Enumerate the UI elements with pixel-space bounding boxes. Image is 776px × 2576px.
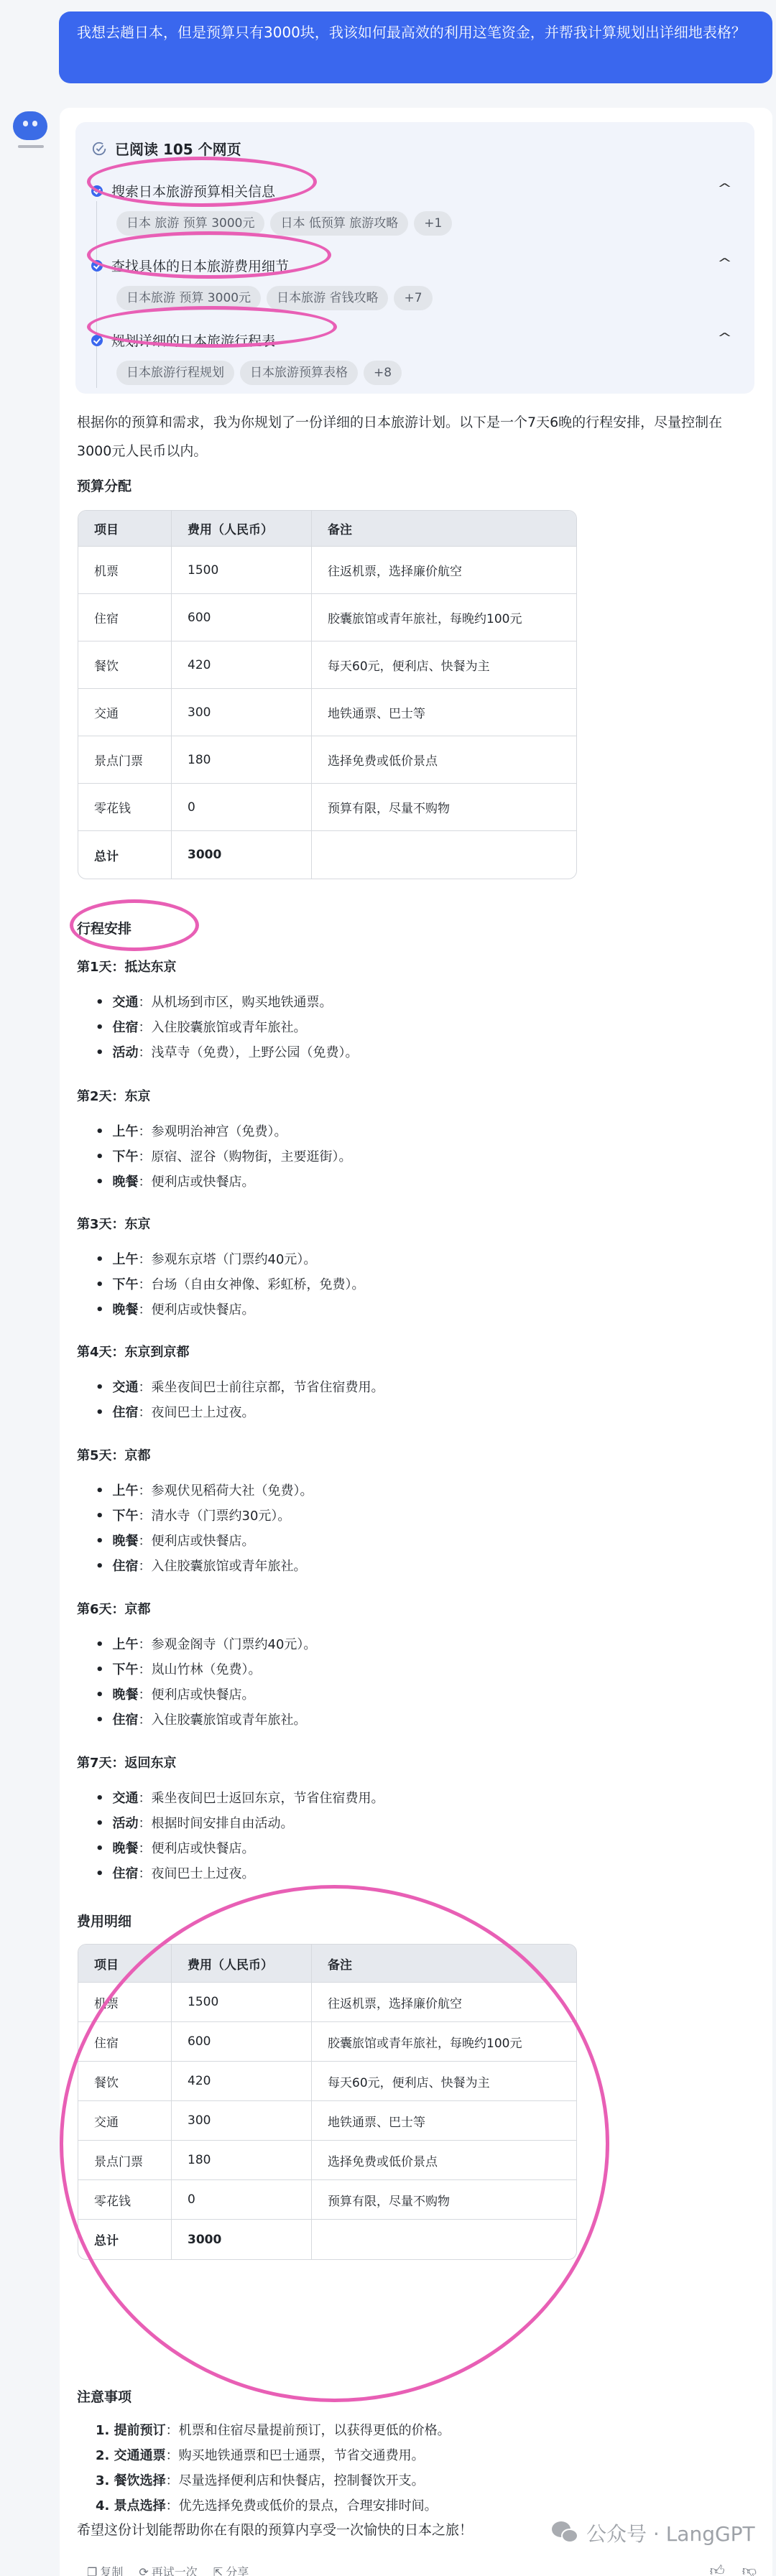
day-title: 第5天：京都 — [77, 1445, 151, 1464]
search-tag[interactable]: 日本旅游预算表格 — [240, 361, 358, 385]
cell: 选择免费或低价景点 — [312, 2141, 576, 2180]
day-title: 第1天：抵达东京 — [77, 957, 177, 976]
step-label: 查找具体的日本旅游费用细节 — [111, 256, 289, 275]
list-item: 上午：参观明治神宫（免费）。 — [96, 1119, 352, 1144]
list-item: 下午：台场（自由女神像、彩虹桥，免费）。 — [96, 1272, 365, 1297]
chevron-up-icon[interactable]: ^ — [717, 181, 732, 196]
table-row: 零花钱0预算有限，尽量不购物 — [78, 2180, 576, 2220]
list-item: 上午：参观伏见稻荷大社（免费）。 — [96, 1478, 313, 1504]
table-header-row: 项目 费用（人民币） 备注 — [78, 1945, 576, 1983]
list-item: 晚餐：便利店或快餐店。 — [96, 1169, 352, 1195]
more-tags-badge[interactable]: +8 — [364, 361, 402, 385]
day-title: 第3天：东京 — [77, 1214, 151, 1233]
day-items: 交通：乘坐夜间巴士前往京都，节省住宿费用。 住宿：夜间巴士上过夜。 — [96, 1375, 384, 1425]
search-tags: 日本旅游行程规划 日本旅游预算表格 +8 — [116, 361, 402, 385]
copy-icon: ❐ — [87, 2565, 97, 2576]
cell: 180 — [172, 2141, 312, 2180]
column-header: 费用（人民币） — [172, 511, 312, 547]
retry-button[interactable]: ⟳再试一次 — [139, 2563, 197, 2576]
watermark: 公众号 · LangGPT — [552, 2519, 755, 2547]
day-items: 交通：乘坐夜间巴士返回东京，节省住宿费用。 活动：根据时间安排自由活动。 晚餐：… — [96, 1786, 384, 1886]
list-item: 住宿：入住胶囊旅馆或青年旅社。 — [96, 1554, 313, 1579]
day-items: 交通：从机场到市区，购买地铁通票。 住宿：入住胶囊旅馆或青年旅社。 活动：浅草寺… — [96, 990, 359, 1065]
reading-summary[interactable]: 已阅读 105 个网页 — [92, 138, 241, 159]
assistant-answer-card: 已阅读 105 个网页 搜索日本旅游预算相关信息 ^ 日本 旅游 预算 3000… — [60, 108, 772, 2576]
cell: 零花钱 — [78, 784, 172, 831]
cell: 住宿 — [78, 2022, 172, 2062]
table-row: 交通300地铁通票、巴士等 — [78, 689, 576, 736]
cell: 往返机票，选择廉价航空 — [312, 547, 576, 594]
table-row: 机票1500往返机票，选择廉价航空 — [78, 547, 576, 594]
steps-connector-line — [96, 201, 97, 388]
cell: 300 — [172, 689, 312, 736]
list-item: 下午：原宿、涩谷（购物街，主要逛街）。 — [96, 1144, 352, 1169]
cost-table: 项目 费用（人民币） 备注 机票1500往返机票，选择廉价航空 住宿600胶囊旅… — [78, 1944, 577, 2260]
cell: 预算有限，尽量不购物 — [312, 784, 576, 831]
list-item: 晚餐：便利店或快餐店。 — [96, 1529, 313, 1554]
list-item: 交通：乘坐夜间巴士前往京都，节省住宿费用。 — [96, 1375, 384, 1400]
list-item: 上午：参观东京塔（门票约40元）。 — [96, 1247, 365, 1272]
column-header: 备注 — [312, 1945, 576, 1983]
search-tag[interactable]: 日本 低预算 旅游攻略 — [270, 211, 408, 236]
cell: 选择免费或低价景点 — [312, 736, 576, 784]
cell: 往返机票，选择廉价航空 — [312, 1983, 576, 2022]
table-row: 零花钱0预算有限，尽量不购物 — [78, 784, 576, 831]
cell: 420 — [172, 2062, 312, 2101]
web-reading-panel: 已阅读 105 个网页 搜索日本旅游预算相关信息 ^ 日本 旅游 预算 3000… — [75, 122, 754, 394]
table-row: 餐饮420每天60元，便利店、快餐为主 — [78, 2062, 576, 2101]
more-tags-badge[interactable]: +7 — [394, 286, 432, 310]
cell: 600 — [172, 594, 312, 641]
message-actions: ❐复制 ⟳再试一次 ⇱分享 — [87, 2563, 249, 2576]
list-item: 下午：清水寺（门票约30元）。 — [96, 1504, 313, 1529]
cell: 景点门票 — [78, 736, 172, 784]
cell: 地铁通票、巴士等 — [312, 689, 576, 736]
cell: 交通 — [78, 2101, 172, 2141]
cell: 0 — [172, 2180, 312, 2220]
table-row: 机票1500往返机票，选择廉价航空 — [78, 1983, 576, 2022]
thumbs-down-icon[interactable]: 👎︎ — [742, 2562, 757, 2576]
search-step[interactable]: 搜索日本旅游预算相关信息 — [91, 181, 275, 200]
cell: 零花钱 — [78, 2180, 172, 2220]
thumbs-up-icon[interactable]: 👍︎ — [710, 2562, 725, 2576]
copy-button[interactable]: ❐复制 — [87, 2563, 123, 2576]
cell: 预算有限，尽量不购物 — [312, 2180, 576, 2220]
avatar-eye-icon — [23, 121, 28, 126]
step-done-icon — [91, 185, 103, 197]
user-message-bubble: 我想去趟日本，但是预算只有3000块，我该如何最高效的利用这笔资金，并帮我计算规… — [59, 11, 772, 83]
list-item: 晚餐：便利店或快餐店。 — [96, 1836, 384, 1861]
column-header: 项目 — [78, 1945, 172, 1983]
check-circle-icon — [92, 141, 108, 157]
refresh-icon: ⟳ — [139, 2565, 148, 2576]
cell: 总计 — [78, 2220, 172, 2259]
table-row: 景点门票180选择免费或低价景点 — [78, 2141, 576, 2180]
budget-section-title: 预算分配 — [77, 476, 131, 495]
column-header: 费用（人民币） — [172, 1945, 312, 1983]
list-item: 住宿：夜间巴士上过夜。 — [96, 1861, 384, 1886]
search-tag[interactable]: 日本 旅游 预算 3000元 — [116, 211, 264, 236]
cell: 景点门票 — [78, 2141, 172, 2180]
cell: 1500 — [172, 1983, 312, 2022]
avatar-eye-icon — [32, 121, 37, 126]
search-tags: 日本旅游 预算 3000元 日本旅游 省钱攻略 +7 — [116, 286, 433, 310]
more-tags-badge[interactable]: +1 — [414, 211, 452, 236]
list-item: 下午：岚山竹林（免费）。 — [96, 1657, 316, 1682]
chevron-up-icon[interactable]: ^ — [717, 330, 732, 346]
day-title: 第6天：京都 — [77, 1599, 151, 1618]
list-item: 住宿：入住胶囊旅馆或青年旅社。 — [96, 1708, 316, 1733]
cell: 1500 — [172, 547, 312, 594]
cell: 机票 — [78, 1983, 172, 2022]
chevron-up-icon[interactable]: ^ — [717, 256, 732, 271]
search-step[interactable]: 查找具体的日本旅游费用细节 — [91, 256, 289, 275]
watermark-text: 公众号 · LangGPT — [586, 2519, 755, 2547]
day-title: 第2天：东京 — [77, 1086, 151, 1105]
list-item: 晚餐：便利店或快餐店。 — [96, 1682, 316, 1708]
day-items: 上午：参观东京塔（门票约40元）。 下午：台场（自由女神像、彩虹桥，免费）。 晚… — [96, 1247, 365, 1322]
table-total-row: 总计3000 — [78, 2220, 576, 2259]
cell: 0 — [172, 784, 312, 831]
cell: 每天60元，便利店、快餐为主 — [312, 2062, 576, 2101]
cell — [312, 2220, 576, 2259]
search-step[interactable]: 规划详细的日本旅游行程表 — [91, 330, 275, 350]
wechat-icon — [552, 2521, 581, 2544]
cell: 3000 — [172, 831, 312, 879]
avatar-shadow — [18, 145, 44, 148]
list-item: 2. 交通通票：购买地铁通票和巴士通票，节省交通费用。 — [96, 2443, 451, 2468]
table-row: 住宿600胶囊旅馆或青年旅社，每晚约100元 — [78, 2022, 576, 2062]
step-done-icon — [91, 260, 103, 272]
column-header: 项目 — [78, 511, 172, 547]
cell: 交通 — [78, 689, 172, 736]
share-icon: ⇱ — [213, 2565, 223, 2576]
table-row: 景点门票180选择免费或低价景点 — [78, 736, 576, 784]
list-item: 活动：根据时间安排自由活动。 — [96, 1811, 384, 1836]
list-item: 1. 提前预订：机票和住宿尽量提前预订，以获得更低的价格。 — [96, 2418, 451, 2443]
search-tags: 日本 旅游 预算 3000元 日本 低预算 旅游攻略 +1 — [116, 211, 452, 236]
list-item: 交通：从机场到市区，购买地铁通票。 — [96, 990, 359, 1015]
step-done-icon — [91, 335, 103, 346]
notes-list: 1. 提前预订：机票和住宿尽量提前预订，以获得更低的价格。 2. 交通通票：购买… — [96, 2418, 451, 2519]
table-row: 餐饮420每天60元，便利店、快餐为主 — [78, 641, 576, 689]
day-title: 第7天：返回东京 — [77, 1753, 177, 1771]
cell: 住宿 — [78, 594, 172, 641]
intro-paragraph: 根据你的预算和需求，我为你规划了一份详细的日本旅游计划。以下是一个7天6晚的行程… — [77, 408, 752, 465]
list-item: 晚餐：便利店或快餐店。 — [96, 1297, 365, 1322]
day-items: 上午：参观伏见稻荷大社（免费）。 下午：清水寺（门票约30元）。 晚餐：便利店或… — [96, 1478, 313, 1579]
search-tag[interactable]: 日本旅游 预算 3000元 — [116, 286, 261, 310]
itinerary-section-title: 行程安排 — [77, 918, 131, 937]
list-item: 住宿：入住胶囊旅馆或青年旅社。 — [96, 1015, 359, 1040]
list-item: 活动：浅草寺（免费），上野公园（免费）。 — [96, 1040, 359, 1065]
step-label: 规划详细的日本旅游行程表 — [111, 330, 275, 350]
cell: 餐饮 — [78, 2062, 172, 2101]
table-total-row: 总计3000 — [78, 831, 576, 879]
table-row: 住宿600胶囊旅馆或青年旅社，每晚约100元 — [78, 594, 576, 641]
feedback-buttons: 👍︎ 👎︎ — [710, 2562, 757, 2576]
list-item: 3. 餐饮选择：尽量选择便利店和快餐店，控制餐饮开支。 — [96, 2468, 451, 2493]
cell: 420 — [172, 641, 312, 689]
day-title: 第4天：东京到京都 — [77, 1342, 190, 1361]
cell: 餐饮 — [78, 641, 172, 689]
assistant-avatar — [13, 111, 47, 140]
share-button[interactable]: ⇱分享 — [213, 2563, 249, 2576]
user-message-text: 我想去趟日本，但是预算只有3000块，我该如何最高效的利用这笔资金，并帮我计算规… — [77, 24, 746, 41]
list-item: 交通：乘坐夜间巴士返回东京，节省住宿费用。 — [96, 1786, 384, 1811]
cell: 3000 — [172, 2220, 312, 2259]
list-item: 上午：参观金阁寺（门票约40元）。 — [96, 1632, 316, 1657]
table-header-row: 项目 费用（人民币） 备注 — [78, 511, 576, 547]
list-item: 住宿：夜间巴士上过夜。 — [96, 1400, 384, 1425]
column-header: 备注 — [312, 511, 576, 547]
search-tag[interactable]: 日本旅游 省钱攻略 — [267, 286, 388, 310]
cell: 每天60元，便利店、快餐为主 — [312, 641, 576, 689]
cell: 机票 — [78, 547, 172, 594]
day-items: 上午：参观金阁寺（门票约40元）。 下午：岚山竹林（免费）。 晚餐：便利店或快餐… — [96, 1632, 316, 1733]
cell: 地铁通票、巴士等 — [312, 2101, 576, 2141]
table-row: 交通300地铁通票、巴士等 — [78, 2101, 576, 2141]
cost-section-title: 费用明细 — [77, 1911, 131, 1930]
cell: 总计 — [78, 831, 172, 879]
step-label: 搜索日本旅游预算相关信息 — [111, 181, 275, 200]
search-tag[interactable]: 日本旅游行程规划 — [116, 361, 234, 385]
budget-table: 项目 费用（人民币） 备注 机票1500往返机票，选择廉价航空 住宿600胶囊旅… — [78, 510, 577, 879]
reading-count-label: 已阅读 105 个网页 — [115, 138, 241, 159]
notes-section-title: 注意事项 — [77, 2386, 131, 2406]
cell — [312, 831, 576, 879]
day-items: 上午：参观明治神宫（免费）。 下午：原宿、涩谷（购物街，主要逛街）。 晚餐：便利… — [96, 1119, 352, 1195]
list-item: 4. 景点选择：优先选择免费或低价的景点，合理安排时间。 — [96, 2493, 451, 2519]
cell: 180 — [172, 736, 312, 784]
cell: 胶囊旅馆或青年旅社，每晚约100元 — [312, 2022, 576, 2062]
cell: 600 — [172, 2022, 312, 2062]
cell: 300 — [172, 2101, 312, 2141]
cell: 胶囊旅馆或青年旅社，每晚约100元 — [312, 594, 576, 641]
